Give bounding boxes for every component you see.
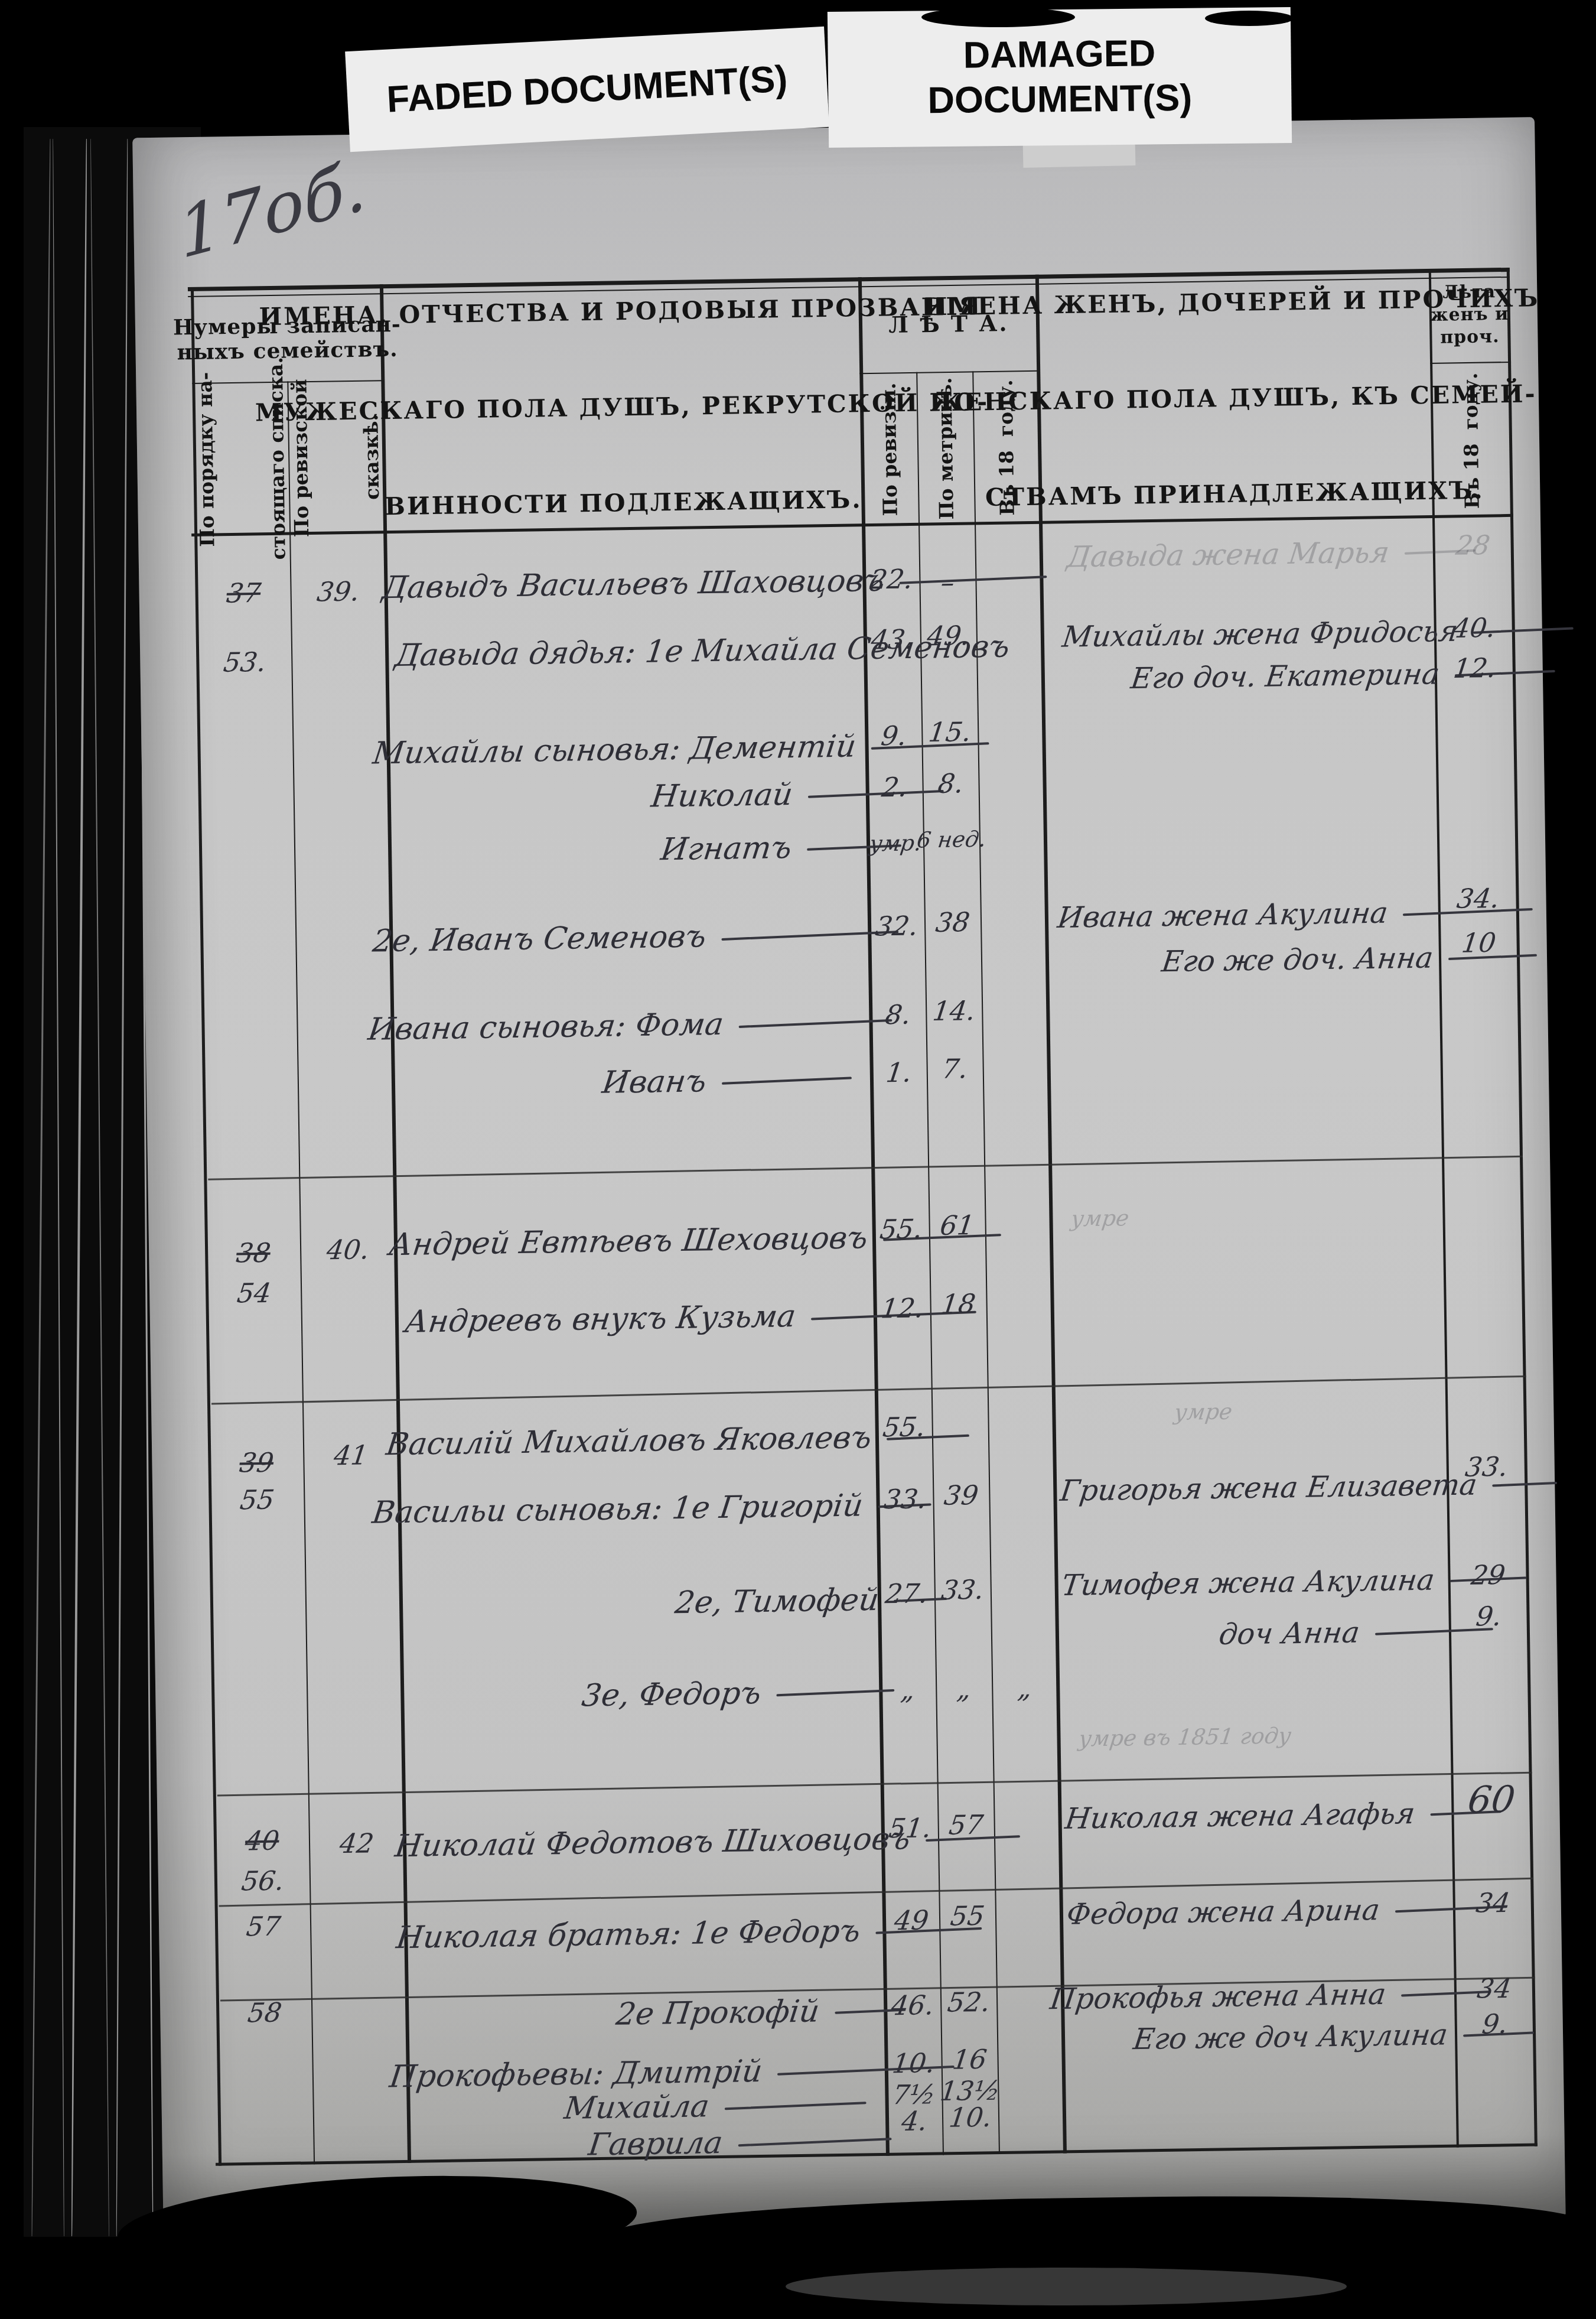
handwritten-entry: умр. bbox=[869, 830, 921, 856]
handwritten-entry: 55. bbox=[883, 1411, 926, 1443]
handwritten-entry: 33. bbox=[884, 1483, 926, 1515]
handwritten-entry: 6 нед. bbox=[917, 827, 986, 853]
handwritten-entry: 18 bbox=[942, 1288, 976, 1320]
handwritten-entry: 40 bbox=[245, 1825, 279, 1857]
handwritten-entry: доч Анна bbox=[1219, 1614, 1493, 1651]
handwritten-entry: 15. bbox=[929, 716, 971, 748]
handwritten-entry: 27. bbox=[885, 1578, 928, 1609]
handwritten-entry: 54 bbox=[237, 1277, 271, 1309]
handwritten-entry: 9. bbox=[1482, 2008, 1508, 2040]
handwritten-entry: 61 bbox=[940, 1209, 975, 1241]
handwritten-entry: „ bbox=[901, 1674, 915, 1706]
header-females-years: Лѣта женъ и проч. bbox=[1430, 281, 1510, 349]
handwritten-entry: 3е, Федоръ bbox=[582, 1674, 895, 1714]
handwritten-entry: „ bbox=[957, 1673, 971, 1705]
flourish-dash bbox=[1492, 1482, 1557, 1487]
handwritten-entry: 49. bbox=[927, 620, 970, 652]
handwritten-entry: 8. bbox=[885, 999, 911, 1031]
header-text: проч. bbox=[1440, 326, 1500, 347]
handwritten-entry: Игнатъ bbox=[661, 828, 902, 867]
handwritten-entry: Михайла bbox=[564, 2086, 867, 2126]
header-text: женъ и bbox=[1430, 304, 1509, 326]
handwritten-entry: 33. bbox=[942, 1574, 984, 1606]
flourish-dash bbox=[900, 575, 1047, 584]
scan-black-margin bbox=[0, 2237, 1596, 2319]
damaged-document-label: DAMAGED DOCUMENT(S) bbox=[828, 7, 1292, 148]
header-text: По порядку на- bbox=[193, 358, 220, 561]
handwritten-entry: умре въ 1851 году bbox=[1079, 1723, 1291, 1751]
handwritten-entry: 34 bbox=[1476, 1887, 1510, 1919]
handwritten-entry: 51. bbox=[889, 1812, 931, 1844]
handwritten-entry: 55. bbox=[880, 1213, 923, 1245]
handwritten-entry: Давыда жена Марья bbox=[1067, 534, 1476, 574]
handwritten-entry: 12. bbox=[1454, 652, 1496, 684]
handwritten-entry: 57 bbox=[246, 1911, 281, 1943]
handwritten-entry: 1. bbox=[886, 1057, 912, 1089]
label-text: FADED DOCUMENT(S) bbox=[386, 57, 789, 121]
header-text: Лѣта bbox=[1442, 281, 1496, 303]
handwritten-entry: 10. bbox=[892, 2047, 934, 2079]
handwritten-entry: 55 bbox=[240, 1484, 274, 1516]
handwritten-entry: 33. bbox=[1465, 1451, 1508, 1483]
handwritten-entry: 2е Прокофій bbox=[616, 1992, 906, 2032]
handwritten-entry: 28 bbox=[1456, 529, 1490, 561]
handwritten-entry: 34. bbox=[1457, 883, 1499, 915]
handwritten-entry: 60 bbox=[1468, 1778, 1515, 1822]
handwritten-entry: 10 bbox=[1462, 927, 1496, 959]
handwritten-entry: 14. bbox=[933, 995, 975, 1027]
handwritten-entry: 52. bbox=[947, 1986, 990, 2018]
handwritten-entry: 16 bbox=[953, 2044, 987, 2076]
handwritten-entry: 42 bbox=[340, 1827, 374, 1859]
microfilm-scan: 17об. Нумеры записан- ныхъ семействъ. По… bbox=[0, 0, 1596, 2319]
handwritten-entry: 37 bbox=[227, 577, 261, 609]
label-tear-mark bbox=[1205, 11, 1294, 26]
flourish-dash bbox=[738, 2138, 891, 2146]
handwritten-entry: 53. bbox=[223, 646, 266, 678]
flourish-dash bbox=[722, 1077, 852, 1085]
handwritten-entry: 10. bbox=[949, 2102, 992, 2133]
handwritten-entry: 38 bbox=[936, 906, 970, 938]
handwritten-entry: 43. bbox=[871, 623, 914, 655]
header-female-col-in-year: Въ 18 году. bbox=[1411, 372, 1531, 509]
handwritten-entry: Гаврила bbox=[588, 2123, 891, 2163]
handwritten-entry: 58 bbox=[247, 1997, 282, 2029]
handwritten-entry: – bbox=[941, 567, 955, 598]
flourish-dash bbox=[724, 2102, 866, 2110]
label-tear-mark bbox=[921, 7, 1075, 27]
handwritten-entry: 22. bbox=[870, 563, 913, 595]
handwritten-entry: 4. bbox=[901, 2105, 927, 2137]
flourish-dash bbox=[808, 790, 944, 798]
handwritten-entry: 32. bbox=[875, 910, 918, 942]
handwritten-entry: 8. bbox=[938, 767, 964, 799]
handwritten-entry: „ bbox=[1018, 1673, 1032, 1704]
flourish-dash bbox=[776, 1689, 894, 1697]
handwritten-entry: 46. bbox=[891, 1989, 934, 2021]
flourish-dash bbox=[721, 931, 898, 941]
label-text: DOCUMENT(S) bbox=[927, 76, 1193, 123]
handwritten-entry: Тимофея жена Акулина bbox=[1061, 1562, 1526, 1602]
document-page: 17об. Нумеры записан- ныхъ семействъ. По… bbox=[0, 0, 1596, 2319]
header-text: Въ 18 году. bbox=[1458, 372, 1484, 509]
handwritten-entry: 39 bbox=[944, 1479, 978, 1511]
handwritten-entry: Федора жена Арина bbox=[1067, 1891, 1507, 1931]
handwritten-entry: 40. bbox=[327, 1234, 369, 1266]
handwritten-entry: 56. bbox=[242, 1865, 284, 1897]
table-body: 3753.39.Давыдъ Васильевъ Шаховцовъ22.–Да… bbox=[0, 0, 1591, 3]
handwritten-entry: 9. bbox=[881, 720, 907, 752]
handwritten-entry: Его же доч Акулина bbox=[1134, 2016, 1534, 2056]
handwritten-entry: 55 bbox=[950, 1900, 985, 1932]
handwritten-entry: 38 bbox=[236, 1237, 271, 1269]
handwritten-entry: 12. bbox=[881, 1292, 924, 1324]
flourish-dash bbox=[739, 1019, 893, 1028]
handwritten-entry: 39. bbox=[317, 575, 359, 607]
scan-smudge bbox=[786, 2268, 1347, 2305]
handwritten-entry: Иванъ bbox=[602, 1062, 852, 1101]
handwritten-entry: 9. bbox=[1476, 1601, 1502, 1632]
handwritten-entry: 29 bbox=[1471, 1559, 1505, 1591]
handwritten-entry: Николая жена Агафья bbox=[1065, 1796, 1501, 1836]
handwritten-entry: умре bbox=[1174, 1399, 1232, 1425]
handwritten-entry: умре bbox=[1071, 1205, 1129, 1231]
label-text: DAMAGED bbox=[963, 32, 1155, 79]
handwritten-entry: 2. bbox=[882, 772, 908, 804]
handwritten-entry: 40. bbox=[1453, 612, 1496, 644]
handwritten-entry: 49 bbox=[894, 1904, 929, 1936]
handwritten-entry: 7. bbox=[942, 1053, 968, 1085]
handwritten-entry: 41 bbox=[334, 1439, 368, 1471]
handwritten-entry: 39 bbox=[239, 1447, 273, 1479]
handwritten-entry: 57 bbox=[949, 1809, 983, 1841]
